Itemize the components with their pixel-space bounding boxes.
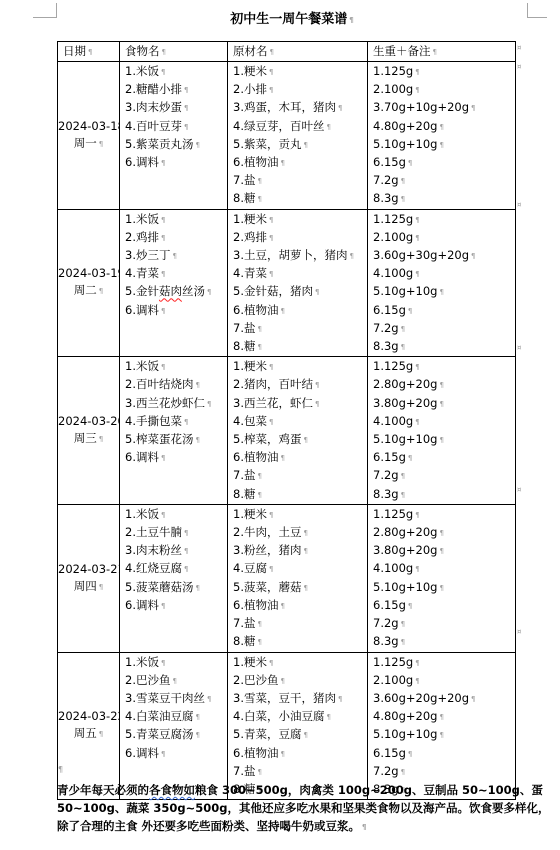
text-run: 原材名 [233,44,268,58]
menu-line: 5.金针菇肉丝汤¶ [125,283,227,301]
text-run: 3.土豆，胡萝卜，猪肉 [233,248,347,262]
table-body: 2024-03-18周一¶1.米饭¶2.糖醋小排¶3.肉末炒蛋¶4.百叶豆芽¶5… [58,62,516,800]
menu-line: 2024-03-18 [58,118,119,135]
menu-line: 3.肉末粉丝¶ [125,542,227,560]
paragraph-mark-icon: ¶ [161,234,165,242]
text-run: 5.青菜，豆腐 [233,727,301,741]
table-row: 2024-03-21周四¶1.米饭¶2.土豆牛腩¶3.肉末粉丝¶4.红烧豆腐¶5… [58,504,516,652]
menu-line: 2.巴沙鱼¶ [233,672,367,690]
paragraph-mark-icon: ¶ [349,252,353,260]
paragraph-mark-icon: ¶ [415,86,419,94]
menu-line: 1.米饭¶ [125,654,227,672]
paragraph-mark-icon: ¶ [439,123,443,131]
row-end-mark-icon: ¤ [517,628,521,636]
text-run: 6.植物油 [233,303,278,317]
text-run: 3.鸡蛋，木耳，猪肉 [233,100,336,114]
menu-line: 2024-03-22 [58,708,119,725]
menu-line: 7.盐¶ [233,320,367,338]
text-run: 1.粳米 [233,64,267,78]
weights-cell: 1.125g¶2.100g¶3.70g+10g+20g¶4.80g+20g¶5.… [368,62,516,210]
table-row: 日期¶食物名¶原材名¶生重＋备注¶ [58,42,516,62]
menu-line: 1.米饭¶ [125,506,227,524]
menu-line: 2.百叶结烧肉¶ [125,376,227,394]
menu-line: 3.雪菜豆干肉丝¶ [125,690,227,708]
paragraph-mark-icon: ¶ [326,123,330,131]
paragraph-mark-icon: ¶ [415,216,419,224]
paragraph-mark-icon: ¶ [280,307,284,315]
text-run: 周三 [74,431,97,445]
dietary-note: 青少年每天必须的各食物如粮食 300~500g，肉禽类 100g~200g、豆制… [57,781,529,836]
menu-line: 6.调料¶ [125,449,227,467]
text-run: 3.雪菜豆干肉丝 [125,691,205,705]
crop-mark-top-right [527,17,547,18]
document-page: 初中生一周午餐菜谱¶ 日期¶食物名¶原材名¶生重＋备注¶ 2024-03-18周… [0,0,560,850]
menu-line: 7.盐¶ [233,763,367,781]
menu-line: 3.70g+10g+20g¶ [373,99,515,117]
menu-line: 1.粳米¶ [233,63,367,81]
table-row: 2024-03-22周五¶1.米饭¶2.巴沙鱼¶3.雪菜豆干肉丝¶4.白菜油豆腐… [58,652,516,800]
menu-line: 8.糖¶ [233,338,367,356]
column-header: 食物名¶ [120,42,228,62]
menu-line: 4.青菜¶ [233,265,367,283]
row-end-mark-icon: ¤ [517,201,521,209]
table-header-row: 日期¶食物名¶原材名¶生重＋备注¶ [58,42,516,62]
table-row: 2024-03-18周一¶1.米饭¶2.糖醋小排¶3.肉末炒蛋¶4.百叶豆芽¶5… [58,62,516,210]
text-run: 食物名 [125,44,160,58]
menu-line: 3.雪菜，豆干，猪肉¶ [233,690,367,708]
paragraph-mark-icon: ¶ [161,216,165,224]
menu-line: 6.植物油¶ [233,302,367,320]
menu-line: 2.糖醋小排¶ [125,81,227,99]
paragraph-mark-icon: ¶ [401,768,405,776]
date-cell: 2024-03-21周四¶ [58,504,120,652]
text-run: 4.手撕包菜 [125,414,182,428]
menu-line: 8.3g¶ [373,486,515,504]
text-run: 6.调料 [125,303,159,317]
text-run: 4.豆腐 [233,561,267,575]
paragraph-mark-icon: ¶ [269,216,273,224]
text-run: 8.糖 [233,339,255,353]
text-run: 2.100g [373,230,413,244]
date-cell: 2024-03-20周三¶ [58,357,120,505]
paragraph-mark-icon: ¶ [408,750,412,758]
menu-line: 6.调料¶ [125,745,227,763]
text-run: 5.10g+10g [373,580,437,594]
paragraph-mark-icon: ¶ [439,547,443,555]
text-run: 50~100g、蔬菜 350g~500g，其他还应多吃水果和坚果类食物以及海产品… [57,801,550,815]
column-header: 生重＋备注¶ [368,42,516,62]
menu-line: 周五¶ [58,725,119,743]
row-end-mark-icon: ¤ [517,63,521,71]
paragraph-mark-icon: ¶ [161,659,165,667]
paragraph-mark-icon: ¶ [161,159,165,167]
menu-line: 5.菠菜蘑菇汤¶ [125,579,227,597]
menu-line: 周二¶ [58,282,119,300]
paragraph-mark-icon: ¶ [303,547,307,555]
paragraph-mark-icon: ¶ [415,511,419,519]
menu-line: 6.15g¶ [373,745,515,763]
paragraph-mark-icon: ¶ [415,270,419,278]
text-run: 3.肉末粉丝 [125,543,182,557]
paragraph-mark-icon: ¶ [433,48,437,56]
paragraph-mark-icon: ¶ [280,677,284,685]
paragraph-mark-icon: ¶ [439,400,443,408]
paragraph-mark-icon: ¶ [195,731,199,739]
text-run: 1.125g [373,507,413,521]
menu-line: 7.盐¶ [233,615,367,633]
text-run: 8.3g [373,191,399,205]
paragraph-mark-icon: ¶ [415,565,419,573]
menu-line: 5.榨菜蛋花汤¶ [125,431,227,449]
text-run: 4.青菜 [125,266,159,280]
text-run: 7.2g [373,616,399,630]
text-run: 5.紫菜贡丸汤 [125,137,193,151]
table-row: 2024-03-19周二¶1.米饭¶2.鸡排¶3.炒三丁¶4.青菜¶5.金针菇肉… [58,209,516,357]
menu-line: 4.100g¶ [373,265,515,283]
weights-cell: 1.125g¶2.100g¶3.60g+20g+20g¶4.80g+20g¶5.… [368,652,516,800]
paragraph-mark-icon: ¶ [207,400,211,408]
paragraph-mark-icon: ¶ [415,418,419,426]
text-run: 周四 [74,579,97,593]
row-end-mark-icon: ¤ [517,486,521,494]
menu-line: 7.盐¶ [233,172,367,190]
paragraph-mark-icon: ¶ [401,472,405,480]
text-run: 8.3g [373,487,399,501]
text-run: 青少年每天必须的 [57,783,149,797]
text-run: 4.绿豆芽，百叶丝 [233,119,324,133]
text-run: 1.125g [373,64,413,78]
paragraph-mark-icon: ¶ [161,307,165,315]
text-run: 2024-03-19 [58,266,120,280]
menu-line: 5.青菜豆腐汤¶ [125,726,227,744]
text-run: 1.粳米 [233,655,267,669]
paragraph-mark-icon: ¶ [195,713,199,721]
menu-line: 4.手撕包菜¶ [125,413,227,431]
text-run: 5.青菜豆腐汤 [125,727,193,741]
text-run: 2.小排 [233,82,267,96]
menu-line: 5.10g+10g¶ [373,431,515,449]
text-run: 2.糖醋小排 [125,82,182,96]
date-cell: 2024-03-18周一¶ [58,62,120,210]
paragraph-mark-icon: ¶ [439,288,443,296]
text-run: 3.60g+30g+20g [373,248,469,262]
paragraph-mark-icon: ¶ [195,436,199,444]
foods-cell: 1.米饭¶2.糖醋小排¶3.肉末炒蛋¶4.百叶豆芽¶5.紫菜贡丸汤¶6.调料¶ [120,62,228,210]
paragraph-mark-icon: ¶ [401,195,405,203]
paragraph-mark-icon: ¶ [184,104,188,112]
menu-line: 5.金针菇，猪肉¶ [233,283,367,301]
menu-line: 2.牛肉，土豆¶ [233,524,367,542]
menu-line: 4.豆腐¶ [233,560,367,578]
paragraph-mark-icon: ¶ [257,491,261,499]
paragraph-mark-icon: ¶ [195,381,199,389]
paragraph-mark-icon: ¶ [88,48,92,56]
text-run: 5.10g+10g [373,727,437,741]
menu-line: 3.西兰花，虾仁¶ [233,395,367,413]
text-run: 丝汤 [182,284,205,298]
menu-line: 4.青菜¶ [125,265,227,283]
ingredients-cell: 1.粳米¶2.牛肉，土豆¶3.粉丝，猪肉¶4.豆腐¶5.菠菜，蘑菇¶6.植物油¶… [228,504,368,652]
text-run: 8.糖 [233,191,255,205]
paragraph-mark-icon: ¶ [270,48,274,56]
text-run: 7.2g [373,468,399,482]
menu-line: 7.2g¶ [373,763,515,781]
text-run: 周二 [74,283,97,297]
menu-line: 3.西兰花炒虾仁¶ [125,395,227,413]
text-run: 1.米饭 [125,212,159,226]
text-run: 5.紫菜，贡丸 [233,137,301,151]
menu-line: 4.百叶豆芽¶ [125,118,227,136]
text-run: 7.2g [373,764,399,778]
paragraph-mark-icon: ¶ [401,325,405,333]
menu-line: 5.10g+10g¶ [373,726,515,744]
text-run: 8.3g [373,339,399,353]
paragraph-mark-icon: ¶ [280,454,284,462]
menu-line: 6.植物油¶ [233,597,367,615]
menu-line: 周一¶ [58,135,119,153]
crop-mark-top-left [33,17,57,18]
menu-line: 7.2g¶ [373,467,515,485]
paragraph-mark-icon: ¶ [161,511,165,519]
text-run: 4.包菜 [233,414,267,428]
text-run: 2.巴沙鱼 [233,673,278,687]
menu-line: 2.巴沙鱼¶ [125,672,227,690]
paragraph-mark-icon: ¶ [161,602,165,610]
menu-line: 1.125g¶ [373,358,515,376]
menu-line: 2.80g+20g¶ [373,376,515,394]
paragraph-mark-icon: ¶ [195,141,199,149]
text-run: 1.米饭 [125,359,159,373]
text-run: 5.10g+10g [373,432,437,446]
text-run: 除了合理的主食 外还要多吃些面粉类、坚持喝牛奶或豆浆。 [57,819,360,833]
paragraph-mark-icon: ¶ [315,288,319,296]
text-run: 8.糖 [233,487,255,501]
paragraph-mark-icon: ¶ [415,659,419,667]
paragraph-mark-icon: ¶ [269,86,273,94]
menu-line: 3.土豆，胡萝卜，猪肉¶ [233,247,367,265]
text-run: 2024-03-20 [58,414,120,428]
paragraph-mark-icon: ¶ [408,602,412,610]
spellcheck-blue-underline: 各食物如 [149,783,195,797]
menu-line: 3.炒三丁¶ [125,247,227,265]
menu-line: 2.100g¶ [373,81,515,99]
menu-line: 1.粳米¶ [233,211,367,229]
text-run: 1.粳米 [233,359,267,373]
menu-line: 4.80g+20g¶ [373,118,515,136]
text-run: 3.雪菜，豆干，猪肉 [233,691,336,705]
menu-line: 1.粳米¶ [233,506,367,524]
menu-line: 5.10g+10g¶ [373,579,515,597]
paragraph-mark-icon: ¶ [415,677,419,685]
text-run: 5.菠菜蘑菇汤 [125,580,193,594]
paragraph-mark-icon: ¶ [401,620,405,628]
menu-line: 6.植物油¶ [233,154,367,172]
menu-line: 5.青菜，豆腐¶ [233,726,367,744]
paragraph-mark-icon: ¶ [439,381,443,389]
menu-line: 1.125g¶ [373,654,515,672]
paragraph-mark-icon: ¶ [349,16,353,24]
text-run: 5.菠菜，蘑菇 [233,580,301,594]
paragraph-mark-icon: ¶ [99,287,103,295]
paragraph-mark-icon: ¶ [408,159,412,167]
paragraph-mark-icon: ¶ [303,731,307,739]
menu-line: 4.白菜，小油豆腐¶ [233,708,367,726]
menu-line: 1.米饭¶ [125,63,227,81]
paragraph-mark-icon: ¶ [439,584,443,592]
menu-line: 2024-03-20 [58,413,119,430]
paragraph-mark-icon: ¶ [269,418,273,426]
text-run: 5.10g+10g [373,137,437,151]
paragraph-mark-icon: ¶ [315,381,319,389]
paragraph-mark-icon: ¶ [280,602,284,610]
paragraph-mark-icon: ¶ [401,177,405,185]
paragraph-mark-icon: ¶ [315,400,319,408]
paragraph-mark-icon: ¶ [207,695,211,703]
paragraph-mark-icon: ¶ [99,435,103,443]
menu-line: 1.粳米¶ [233,654,367,672]
text-run: 6.调料 [125,450,159,464]
menu-line: 6.15g¶ [373,597,515,615]
menu-line: 1.125g¶ [373,211,515,229]
text-run: 4.100g [373,266,413,280]
note-line: 青少年每天必须的各食物如粮食 300~500g，肉禽类 100g~200g、豆制… [57,781,529,799]
text-run: 3.西兰花，虾仁 [233,396,313,410]
text-run: 3.西兰花炒虾仁 [125,396,205,410]
paragraph-mark-icon: ¶ [161,750,165,758]
menu-line: 7.2g¶ [373,615,515,633]
menu-line: 6.15g¶ [373,154,515,172]
text-run: 3.80g+20g [373,543,437,557]
paragraph-mark-icon: ¶ [439,436,443,444]
text-run: 2.80g+20g [373,525,437,539]
menu-line: 6.调料¶ [125,154,227,172]
menu-line: 6.调料¶ [125,302,227,320]
column-header: 日期¶ [58,42,120,62]
menu-line: 6.15g¶ [373,449,515,467]
text-run: 3.80g+20g [373,396,437,410]
text-run: 3.肉末炒蛋 [125,100,182,114]
paragraph-mark-icon: ¶ [172,677,176,685]
paragraph-mark-icon: ¶ [471,695,475,703]
text-run: 2.鸡排 [233,230,267,244]
menu-line: 1.米饭¶ [125,211,227,229]
menu-line: 4.红烧豆腐¶ [125,560,227,578]
menu-line: 1.125g¶ [373,63,515,81]
paragraph-mark-icon: ¶ [326,713,330,721]
menu-line: 2024-03-19 [58,265,119,282]
text-run: 2.牛肉，土豆 [233,525,301,539]
text-run: 6.15g [373,450,406,464]
paragraph-mark-icon: ¶ [362,823,366,831]
menu-line: 5.紫菜，贡丸¶ [233,136,367,154]
paragraph-mark-icon: ¶ [58,765,63,774]
menu-line: 3.鸡蛋，木耳，猪肉¶ [233,99,367,117]
menu-line: 7.2g¶ [373,320,515,338]
text-run: 6.植物油 [233,598,278,612]
paragraph-mark-icon: ¶ [162,48,166,56]
text-run: 4.青菜 [233,266,267,280]
menu-line: 6.调料¶ [125,597,227,615]
text-run: 1.125g [373,359,413,373]
menu-line: 2.鸡排¶ [233,229,367,247]
paragraph-mark-icon: ¶ [257,343,261,351]
menu-line: 2.小排¶ [233,81,367,99]
paragraph-mark-icon: ¶ [303,529,307,537]
text-run: 粮食 300~500g，肉禽类 100g~200g、豆制品 50~100g、蛋 [195,783,543,797]
menu-line: 1.粳米¶ [233,358,367,376]
text-run: 1.米饭 [125,655,159,669]
paragraph-mark-icon: ¶ [257,638,261,646]
text-run: 4.80g+20g [373,709,437,723]
paragraph-mark-icon: ¶ [172,252,176,260]
text-run: 5.金针菇，猪肉 [233,284,313,298]
paragraph-mark-icon: ¶ [257,620,261,628]
date-cell: 2024-03-19周二¶ [58,209,120,357]
text-run: 6.15g [373,598,406,612]
paragraph-mark-icon: ¶ [184,565,188,573]
menu-line: 4.100g¶ [373,560,515,578]
date-cell: 2024-03-22周五¶ [58,652,120,800]
paragraph-mark-icon: ¶ [415,363,419,371]
page-title: 初中生一周午餐菜谱¶ [57,11,527,29]
text-run: 6.植物油 [233,155,278,169]
text-run: 2.百叶结烧肉 [125,377,193,391]
foods-cell: 1.米饭¶2.百叶结烧肉¶3.西兰花炒虾仁¶4.手撕包菜¶5.榨菜蛋花汤¶6.调… [120,357,228,505]
text-run: 8.3g [373,634,399,648]
paragraph-mark-icon: ¶ [338,695,342,703]
paragraph-mark-icon: ¶ [338,104,342,112]
ingredients-cell: 1.粳米¶2.小排¶3.鸡蛋，木耳，猪肉¶4.绿豆芽，百叶丝¶5.紫菜，贡丸¶6… [228,62,368,210]
menu-line: 5.紫菜贡丸汤¶ [125,136,227,154]
menu-line: 8.3g¶ [373,633,515,651]
menu-line: 6.15g¶ [373,302,515,320]
weights-cell: 1.125g¶2.80g+20g¶3.80g+20g¶4.100g¶5.10g+… [368,504,516,652]
menu-line: 5.10g+10g¶ [373,283,515,301]
paragraph-mark-icon: ¶ [269,565,273,573]
foods-cell: 1.米饭¶2.鸡排¶3.炒三丁¶4.青菜¶5.金针菇肉丝汤¶6.调料¶ [120,209,228,357]
menu-line: 周三¶ [58,430,119,448]
menu-line: 3.80g+20g¶ [373,395,515,413]
paragraph-mark-icon: ¶ [408,307,412,315]
text-run: 5.榨菜蛋花汤 [125,432,193,446]
menu-line: 7.2g¶ [373,172,515,190]
paragraph-mark-icon: ¶ [280,750,284,758]
paragraph-mark-icon: ¶ [280,159,284,167]
note-line: 除了合理的主食 外还要多吃些面粉类、坚持喝牛奶或豆浆。¶ [57,817,529,836]
text-run: 1.米饭 [125,64,159,78]
paragraph-mark-icon: ¶ [401,491,405,499]
paragraph-mark-icon: ¶ [99,583,103,591]
paragraph-mark-icon: ¶ [269,659,273,667]
menu-line: 4.100g¶ [373,413,515,431]
note-line: 50~100g、蔬菜 350g~500g，其他还应多吃水果和坚果类食物以及海产品… [57,799,529,817]
text-run: 2.猪肉，百叶结 [233,377,313,391]
text-run: 6.调料 [125,746,159,760]
menu-line: 8.3g¶ [373,338,515,356]
paragraph-mark-icon: ¶ [439,713,443,721]
text-run: 2024-03-18 [58,119,120,133]
text-run: 周一 [74,136,97,150]
paragraph-mark-icon: ¶ [408,454,412,462]
menu-line: 2.鸡排¶ [125,229,227,247]
menu-line: 4.绿豆芽，百叶丝¶ [233,118,367,136]
paragraph-mark-icon: ¶ [303,436,307,444]
menu-line: 1.米饭¶ [125,358,227,376]
text-run: 生重＋备注 [373,44,431,58]
menu-line: 7.盐¶ [233,467,367,485]
paragraph-mark-icon: ¶ [269,68,273,76]
paragraph-mark-icon: ¶ [161,270,165,278]
